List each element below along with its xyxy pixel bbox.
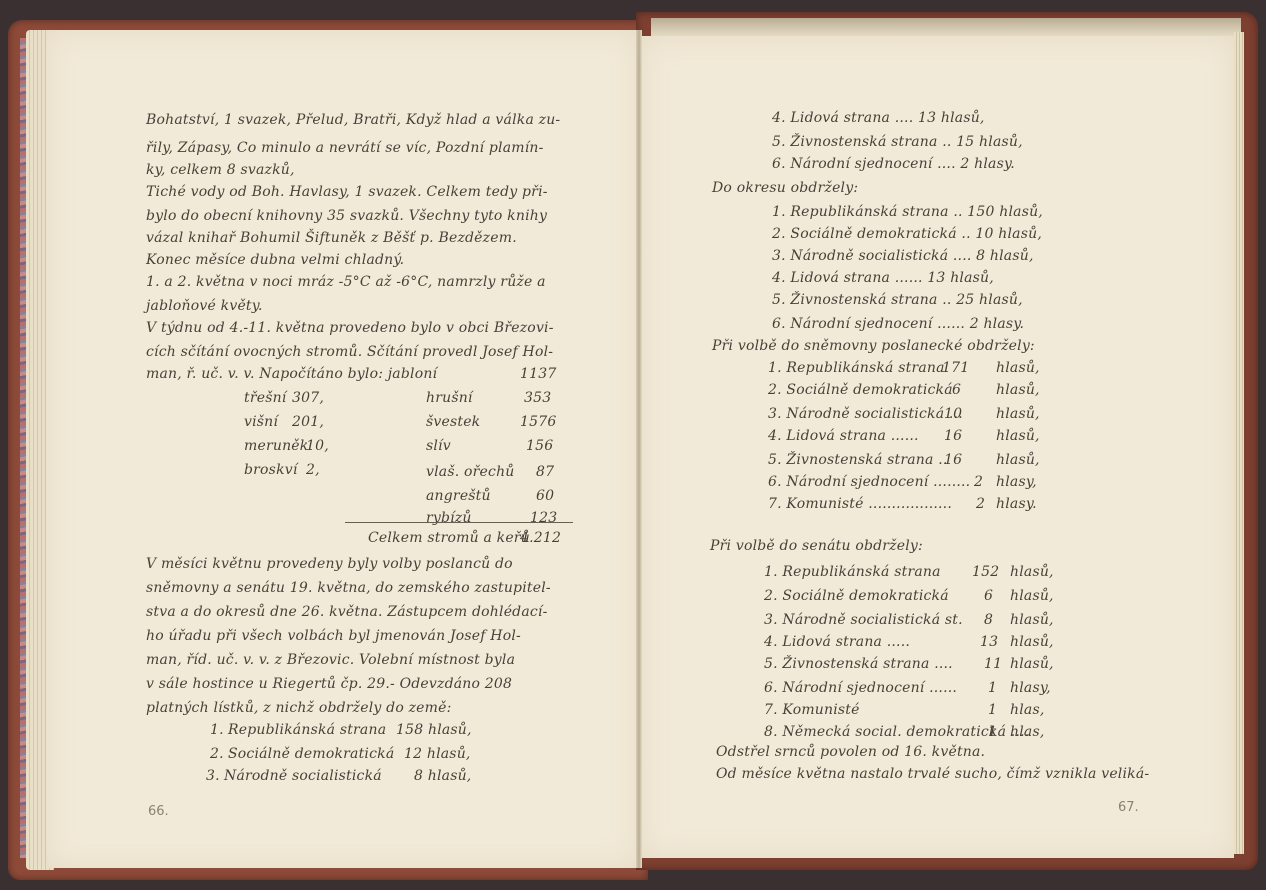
result-row: 5. Živnostenská strana .. 15 hlasů, bbox=[772, 134, 1023, 150]
result-unit: hlasy, bbox=[996, 474, 1037, 490]
census-value: 123 bbox=[530, 510, 557, 526]
result-party: Sociálně demokratická bbox=[228, 746, 394, 762]
result-row: 2. Sociálně demokratická bbox=[768, 382, 953, 398]
result-count: 1 bbox=[988, 680, 997, 696]
census-value: 307, bbox=[292, 390, 324, 406]
page-number-right: 67. bbox=[1118, 800, 1139, 815]
census-total-label: Celkem stromů a keřů bbox=[368, 530, 530, 546]
census-value: 353 bbox=[524, 390, 551, 406]
result-row: 2. Sociálně demokratická .. 10 hlasů, bbox=[772, 226, 1042, 242]
census-value: 201, bbox=[292, 414, 324, 430]
census-value: 10, bbox=[306, 438, 329, 454]
result-row: 4. Lidová strana ..... bbox=[764, 634, 910, 650]
result-party: Republikánská strana bbox=[228, 722, 386, 738]
text-line: platných lístků, z nichž obdržely do zem… bbox=[146, 700, 452, 716]
result-votes: 12 hlasů, bbox=[404, 746, 471, 762]
result-row: 1. Republikánská strana .. 150 hlasů, bbox=[772, 204, 1043, 220]
result-count: 1 bbox=[988, 724, 997, 740]
result-count: 11 bbox=[984, 656, 1002, 672]
result-unit: hlasů, bbox=[996, 452, 1040, 468]
result-unit: hlasů, bbox=[996, 428, 1040, 444]
result-row: 4. Lidová strana .... 13 hlasů, bbox=[772, 110, 985, 126]
text-line: v sále hostince u Riegertů čp. 29.- Odev… bbox=[146, 676, 512, 692]
page-number-left: 66. bbox=[148, 804, 169, 819]
result-count: 6 bbox=[952, 382, 961, 398]
text-line: ho úřadu při všech volbách byl jmenován … bbox=[146, 628, 521, 644]
result-unit: hlas, bbox=[1010, 702, 1044, 718]
result-row: 5. Živnostenská strana .. bbox=[768, 452, 948, 468]
result-num: 1. bbox=[210, 722, 224, 738]
result-row: 5. Živnostenská strana .... bbox=[764, 656, 953, 672]
text-line: jabloňové květy. bbox=[146, 298, 263, 314]
text-line: Odstřel srnců povolen od 16. května. bbox=[716, 744, 985, 760]
result-row: 6. Národní sjednocení ...... 2 hlasy. bbox=[772, 316, 1024, 332]
result-row: 6. Národní sjednocení ...... bbox=[764, 680, 957, 696]
result-unit: hlasů, bbox=[1010, 588, 1054, 604]
text-line: řily, Zápasy, Co minulo a nevrátí se víc… bbox=[146, 140, 544, 156]
census-label: slív bbox=[426, 438, 451, 454]
result-unit: hlasů, bbox=[1010, 612, 1054, 628]
result-row: 3. Národně socialistická st. bbox=[764, 612, 963, 628]
page-stack-right bbox=[1234, 32, 1244, 854]
result-num: 2. bbox=[210, 746, 224, 762]
result-votes: 158 hlasů, bbox=[396, 722, 472, 738]
census-value: 1576 bbox=[520, 414, 556, 430]
result-unit: hlasy. bbox=[996, 496, 1037, 512]
result-count: 152 bbox=[972, 564, 999, 580]
result-unit: hlasů, bbox=[996, 382, 1040, 398]
result-unit: hlasů, bbox=[996, 360, 1040, 376]
census-value: 156 bbox=[526, 438, 553, 454]
result-count: 10 bbox=[944, 406, 962, 422]
census-value: 87 bbox=[536, 464, 554, 480]
book-gutter bbox=[636, 30, 642, 868]
section-heading: Při volbě do sněmovny poslanecké obdržel… bbox=[712, 338, 1035, 354]
result-num: 3. bbox=[206, 768, 220, 784]
text-line: stva a do okresů dne 26. května. Zástupc… bbox=[146, 604, 548, 620]
census-label: broskví bbox=[244, 462, 298, 478]
result-row: 2. Sociálně demokratická bbox=[764, 588, 949, 604]
result-unit: hlasů, bbox=[996, 406, 1040, 422]
section-heading: Při volbě do senátu obdržely: bbox=[710, 538, 923, 554]
result-unit: hlasy, bbox=[1010, 680, 1051, 696]
text-line: sněmovny a senátu 19. května, do zemskéh… bbox=[146, 580, 551, 596]
result-unit: hlas, bbox=[1010, 724, 1044, 740]
text-line: V měsíci květnu provedeny byly volby pos… bbox=[146, 556, 513, 572]
result-count: 8 bbox=[984, 612, 993, 628]
result-row: 1. Republikánská strana bbox=[764, 564, 941, 580]
result-row: 1. Republikánská strana bbox=[768, 360, 945, 376]
sum-rule bbox=[345, 522, 573, 523]
census-total-value: 4.212 bbox=[520, 530, 561, 546]
result-unit: hlasů, bbox=[1010, 634, 1054, 650]
text-line: Konec měsíce dubna velmi chladný. bbox=[146, 252, 404, 268]
result-row: 7. Komunisté .................. bbox=[768, 496, 952, 512]
result-count: 2 bbox=[974, 474, 983, 490]
census-label: hrušní bbox=[426, 390, 473, 406]
text-line: Od měsíce května nastalo trvalé sucho, č… bbox=[716, 766, 1149, 782]
result-count: 1 bbox=[988, 702, 997, 718]
text-line: cích sčítání ovocných stromů. Sčítání pr… bbox=[146, 344, 553, 360]
text-line: 1. a 2. května v noci mráz -5°C až -6°C,… bbox=[146, 274, 546, 290]
text-line: ky, celkem 8 svazků, bbox=[146, 162, 295, 178]
result-row: 6. Národní sjednocení ........ bbox=[768, 474, 970, 490]
result-unit: hlasů, bbox=[1010, 564, 1054, 580]
census-label: třešní bbox=[244, 390, 286, 406]
census-value: 1137 bbox=[520, 366, 556, 382]
section-heading: Do okresu obdržely: bbox=[712, 180, 858, 196]
text-line: man, ř. uč. v. v. Napočítáno bylo: jablo… bbox=[146, 366, 437, 382]
census-label: angreštů bbox=[426, 488, 491, 504]
result-row: 7. Komunisté bbox=[764, 702, 860, 718]
result-count: 16 bbox=[944, 452, 962, 468]
census-label: rybízů bbox=[426, 510, 472, 526]
page-stack-top bbox=[651, 18, 1241, 38]
result-count: 6 bbox=[984, 588, 993, 604]
census-value: 60 bbox=[536, 488, 554, 504]
text-line: bylo do obecní knihovny 35 svazků. Všech… bbox=[146, 208, 547, 224]
census-label: vlaš. ořechů bbox=[426, 464, 515, 480]
result-count: 2 bbox=[976, 496, 985, 512]
result-row: 6. Národní sjednocení .... 2 hlasy. bbox=[772, 156, 1015, 172]
result-row: 5. Živnostenská strana .. 25 hlasů, bbox=[772, 292, 1023, 308]
text-line: Bohatství, 1 svazek, Přelud, Bratři, Kdy… bbox=[146, 112, 560, 128]
result-row: 3. Národně socialistická ... bbox=[768, 406, 963, 422]
result-count: 171 bbox=[942, 360, 969, 376]
result-party: Národně socialistická bbox=[224, 768, 382, 784]
census-value: 2, bbox=[306, 462, 320, 478]
census-label: meruněk bbox=[244, 438, 308, 454]
result-unit: hlasů, bbox=[1010, 656, 1054, 672]
census-label: višní bbox=[244, 414, 278, 430]
text-line: V týdnu od 4.-11. května provedeno bylo … bbox=[146, 320, 554, 336]
result-row: 3. Národně socialistická .... 8 hlasů, bbox=[772, 248, 1034, 264]
text-line: Tiché vody od Boh. Havlasy, 1 svazek. Ce… bbox=[146, 184, 548, 200]
text-line: man, říd. uč. v. v. z Březovic. Volební … bbox=[146, 652, 515, 668]
result-row: 4. Lidová strana ...... bbox=[768, 428, 919, 444]
result-count: 13 bbox=[980, 634, 998, 650]
result-votes: 8 hlasů, bbox=[414, 768, 471, 784]
result-count: 16 bbox=[944, 428, 962, 444]
census-label: švestek bbox=[426, 414, 480, 430]
result-row: 4. Lidová strana ...... 13 hlasů, bbox=[772, 270, 994, 286]
text-line: vázal knihař Bohumil Šiftuněk z Běšť p. … bbox=[146, 230, 517, 246]
